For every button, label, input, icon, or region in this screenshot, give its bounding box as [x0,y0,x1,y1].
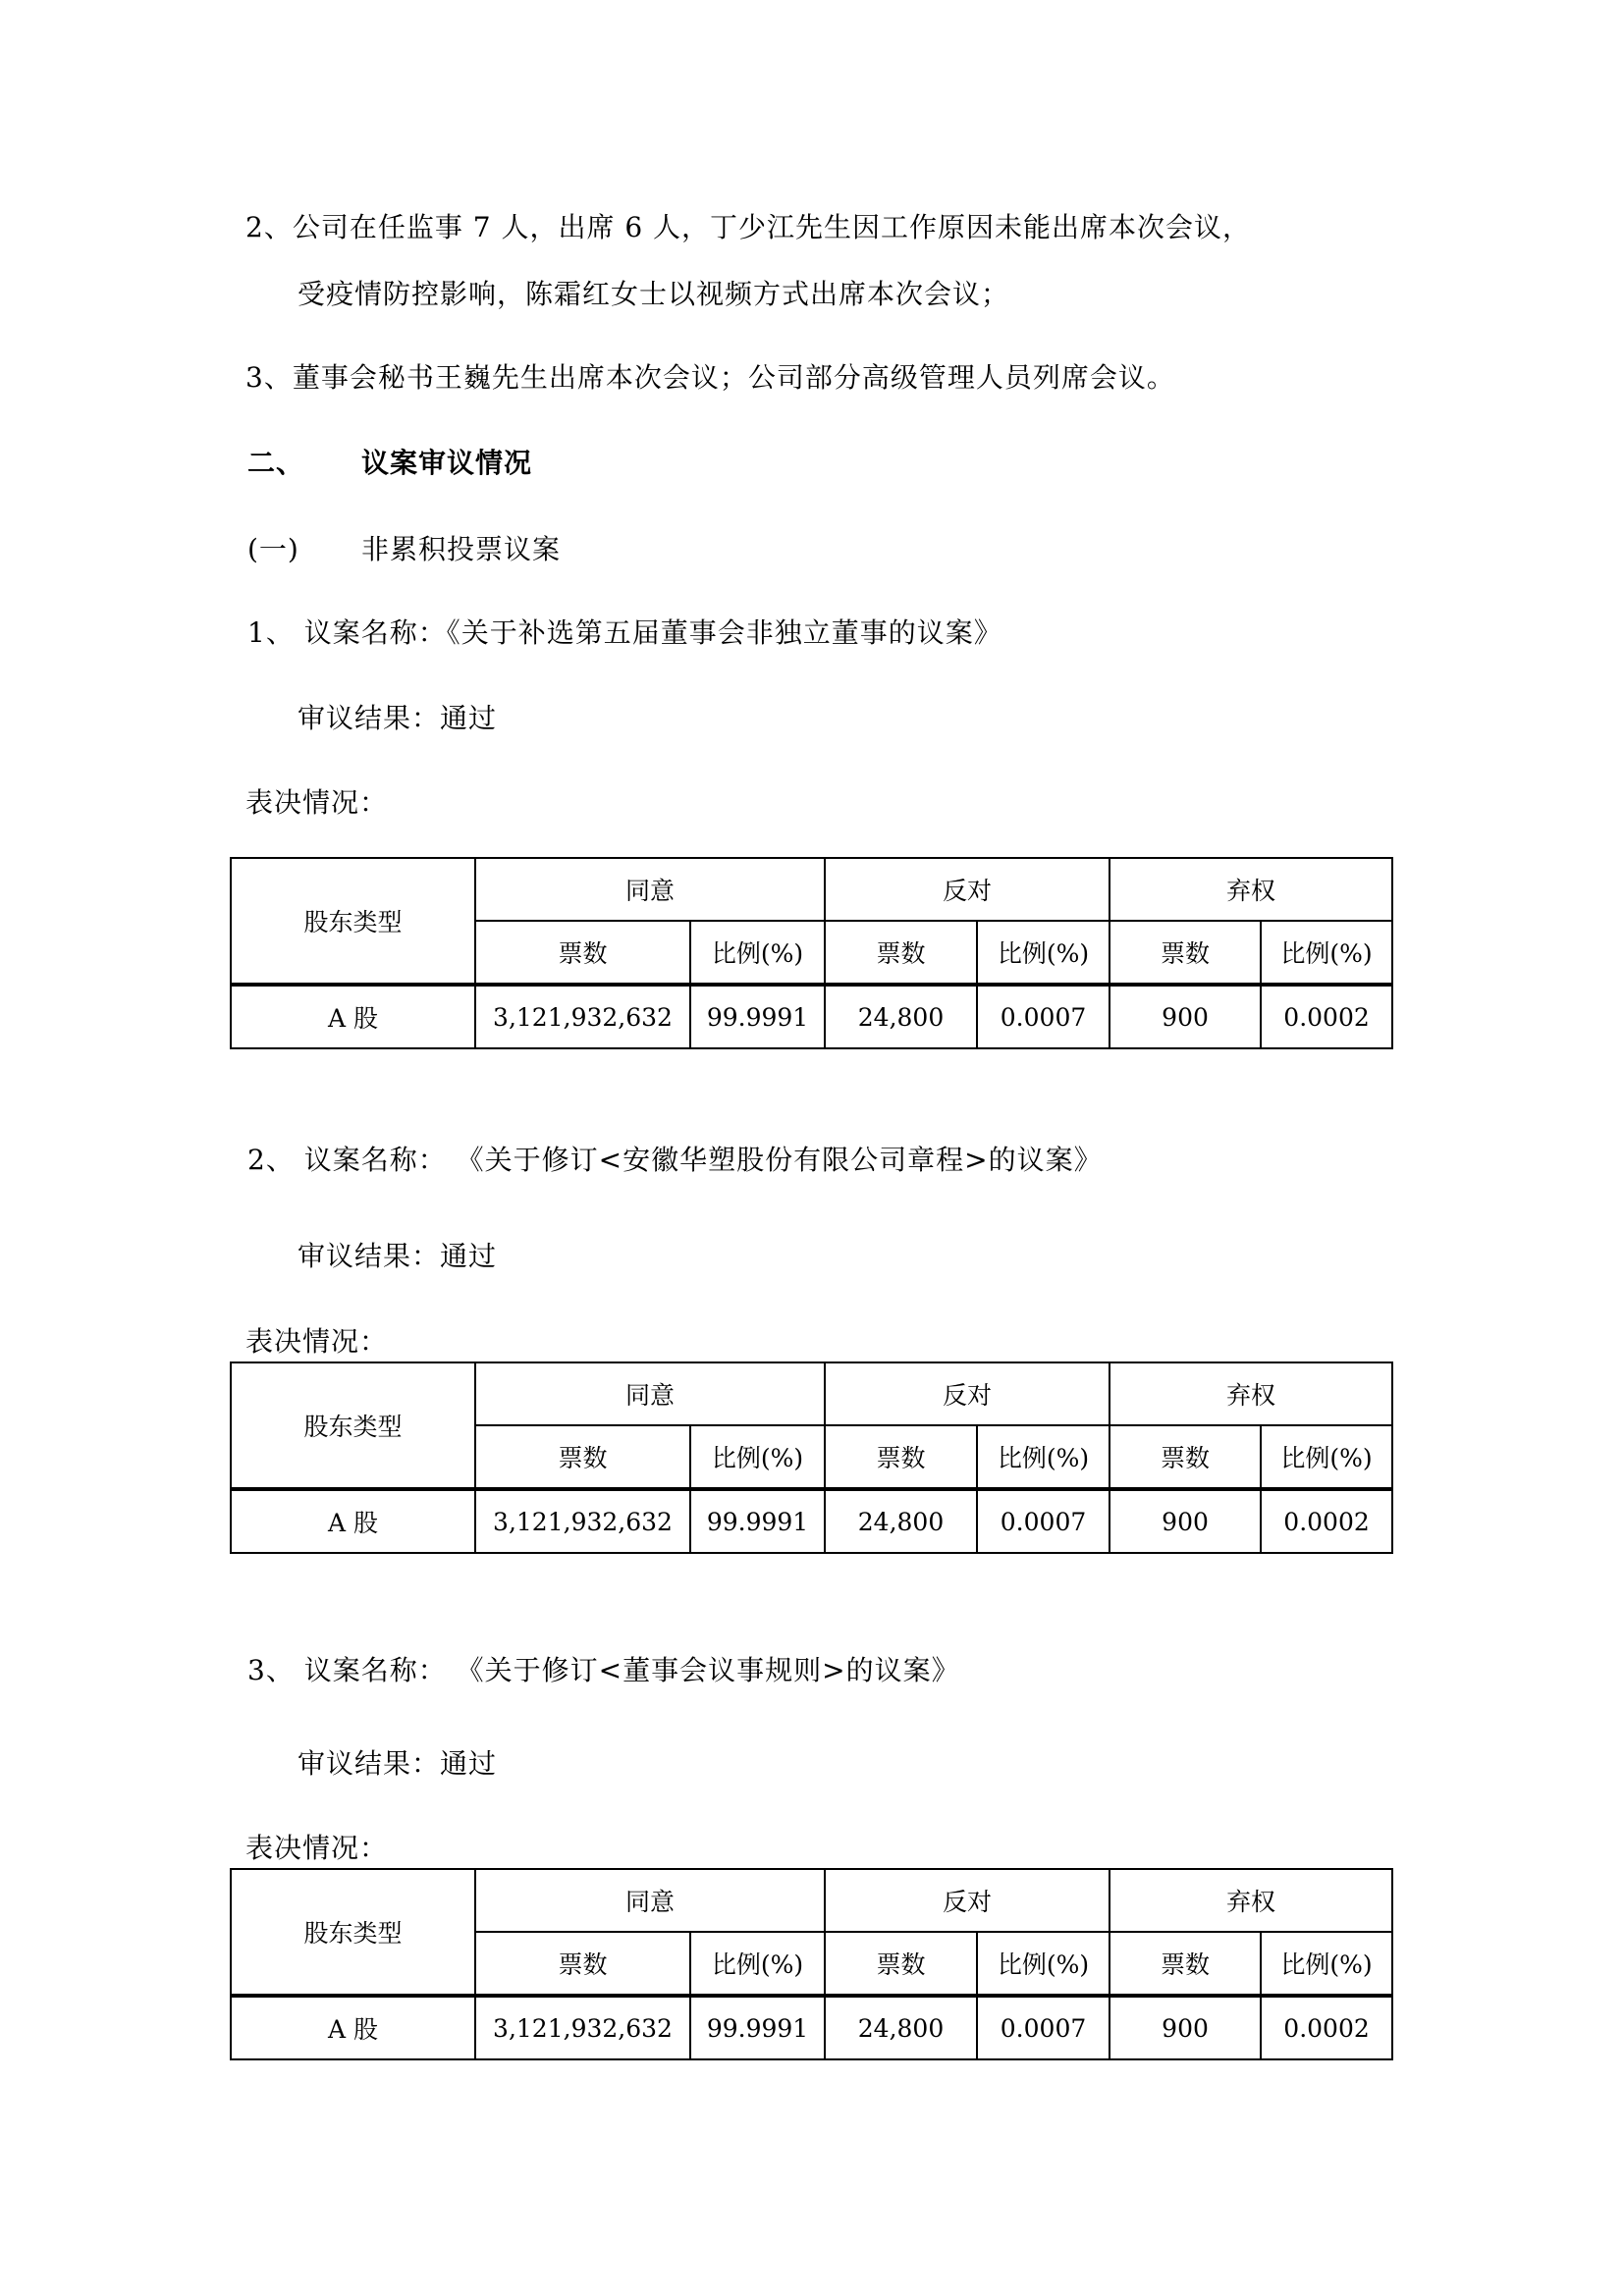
proposal-2-name-label: 议案名称： [304,1144,447,1176]
proposal-1-result: 审议结果：通过 [298,699,497,738]
cell-oppose-ratio: 0.0007 [977,1489,1110,1553]
cell-abstain-votes: 900 [1110,985,1261,1048]
proposal-1-number: 1、 [247,616,295,649]
header-agree: 同意 [475,858,825,921]
proposal-3-vote-label: 表决情况： [245,1829,388,1868]
header-abstain-ratio: 比例(%) [1261,1932,1392,1996]
cell-oppose-ratio: 0.0007 [977,985,1110,1048]
proposal-1-vote-table: 股东类型 同意 反对 弃权 票数 比例(%) 票数 比例(%) 票数 比例(%)… [230,857,1393,1049]
proposal-3-title: 3、 议案名称： 《关于修订<董事会议事规则>的议案》 [247,1651,960,1690]
table-row: A 股 3,121,932,632 99.9991 24,800 0.0007 … [231,985,1392,1048]
cell-abstain-ratio: 0.0002 [1261,985,1392,1048]
section-number: 二、 [247,447,304,479]
header-abstain: 弃权 [1110,858,1392,921]
cell-abstain-ratio: 0.0002 [1261,1996,1392,2059]
header-oppose: 反对 [825,1869,1110,1932]
cell-agree-ratio: 99.9991 [690,1489,825,1553]
subsection-title: 非累积投票议案 [361,530,561,569]
header-agree-votes: 票数 [475,921,690,985]
header-shareholder-type: 股东类型 [231,1869,475,1996]
header-agree-ratio: 比例(%) [690,1932,825,1996]
cell-agree-votes: 3,121,932,632 [475,1489,690,1553]
proposal-2-result: 审议结果：通过 [298,1237,497,1276]
attendance-item-2-line-1: 2、公司在任监事 7 人，出席 6 人，丁少江先生因工作原因未能出席本次会议， [245,208,1251,247]
header-abstain-votes: 票数 [1110,1932,1261,1996]
proposal-1-title: 1、 议案名称：《关于补选第五届董事会非独立董事的议案》 [247,614,1002,653]
header-agree-ratio: 比例(%) [690,921,825,985]
cell-oppose-votes: 24,800 [825,1489,977,1553]
proposal-3-result: 审议结果：通过 [298,1744,497,1784]
header-abstain-ratio: 比例(%) [1261,921,1392,985]
header-agree-votes: 票数 [475,1932,690,1996]
proposal-2-vote-table: 股东类型 同意 反对 弃权 票数 比例(%) 票数 比例(%) 票数 比例(%)… [230,1362,1393,1554]
cell-oppose-votes: 24,800 [825,985,977,1048]
header-abstain-ratio: 比例(%) [1261,1425,1392,1489]
attendance-item-2-line-2: 受疫情防控影响，陈霜红女士以视频方式出席本次会议； [298,275,1009,314]
header-oppose-votes: 票数 [825,1425,977,1489]
header-agree: 同意 [475,1362,825,1425]
table-row: A 股 3,121,932,632 99.9991 24,800 0.0007 … [231,1996,1392,2059]
proposal-2-result-label: 审议结果： [298,1240,440,1272]
section-title: 议案审议情况 [361,444,532,483]
proposal-3-result-value: 通过 [440,1747,497,1780]
header-agree-ratio: 比例(%) [690,1425,825,1489]
cell-oppose-votes: 24,800 [825,1996,977,2059]
cell-agree-votes: 3,121,932,632 [475,985,690,1048]
proposal-3-number: 3、 [247,1654,295,1686]
header-oppose-votes: 票数 [825,1932,977,1996]
proposal-2-vote-label: 表决情况： [245,1322,388,1362]
header-oppose-ratio: 比例(%) [977,1932,1110,1996]
header-shareholder-type: 股东类型 [231,858,475,985]
header-oppose: 反对 [825,1362,1110,1425]
proposal-2-result-value: 通过 [440,1240,497,1272]
header-oppose: 反对 [825,858,1110,921]
proposal-2-name: 《关于修订<安徽华塑股份有限公司章程>的议案》 [457,1144,1103,1176]
proposal-3-vote-table: 股东类型 同意 反对 弃权 票数 比例(%) 票数 比例(%) 票数 比例(%)… [230,1868,1393,2060]
cell-agree-ratio: 99.9991 [690,985,825,1048]
cell-shareholder-type: A 股 [231,1996,475,2059]
header-abstain: 弃权 [1110,1362,1392,1425]
section-heading: 二、 [247,444,304,483]
header-oppose-ratio: 比例(%) [977,1425,1110,1489]
proposal-1-result-label: 审议结果： [298,702,440,734]
header-abstain: 弃权 [1110,1869,1392,1932]
header-abstain-votes: 票数 [1110,1425,1261,1489]
header-oppose-ratio: 比例(%) [977,921,1110,985]
proposal-2-title: 2、 议案名称： 《关于修订<安徽华塑股份有限公司章程>的议案》 [247,1141,1103,1180]
attendance-item-2-number: 2、 [245,211,293,243]
proposal-3-name-label: 议案名称： [304,1654,447,1686]
cell-abstain-ratio: 0.0002 [1261,1489,1392,1553]
attendance-item-3-text: 董事会秘书王巍先生出席本次会议；公司部分高级管理人员列席会议。 [293,361,1175,394]
cell-agree-votes: 3,121,932,632 [475,1996,690,2059]
cell-shareholder-type: A 股 [231,985,475,1048]
proposal-1-name: 《关于补选第五届董事会非独立董事的议案》 [447,616,1002,649]
table-row: A 股 3,121,932,632 99.9991 24,800 0.0007 … [231,1489,1392,1553]
header-agree-votes: 票数 [475,1425,690,1489]
proposal-3-name: 《关于修订<董事会议事规则>的议案》 [457,1654,960,1686]
proposal-1-result-value: 通过 [440,702,497,734]
attendance-item-3: 3、董事会秘书王巍先生出席本次会议；公司部分高级管理人员列席会议。 [245,358,1175,398]
header-oppose-votes: 票数 [825,921,977,985]
attendance-item-3-number: 3、 [245,361,293,394]
attendance-item-2-text-1: 公司在任监事 7 人，出席 6 人，丁少江先生因工作原因未能出席本次会议， [293,211,1251,243]
subsection-number: (一) [247,530,299,569]
header-shareholder-type: 股东类型 [231,1362,475,1489]
cell-agree-ratio: 99.9991 [690,1996,825,2059]
header-abstain-votes: 票数 [1110,921,1261,985]
proposal-2-number: 2、 [247,1144,295,1176]
proposal-1-name-label: 议案名称： [304,616,447,649]
proposal-1-vote-label: 表决情况： [245,783,388,823]
proposal-3-result-label: 审议结果： [298,1747,440,1780]
cell-shareholder-type: A 股 [231,1489,475,1553]
cell-abstain-votes: 900 [1110,1996,1261,2059]
header-agree: 同意 [475,1869,825,1932]
cell-oppose-ratio: 0.0007 [977,1996,1110,2059]
cell-abstain-votes: 900 [1110,1489,1261,1553]
